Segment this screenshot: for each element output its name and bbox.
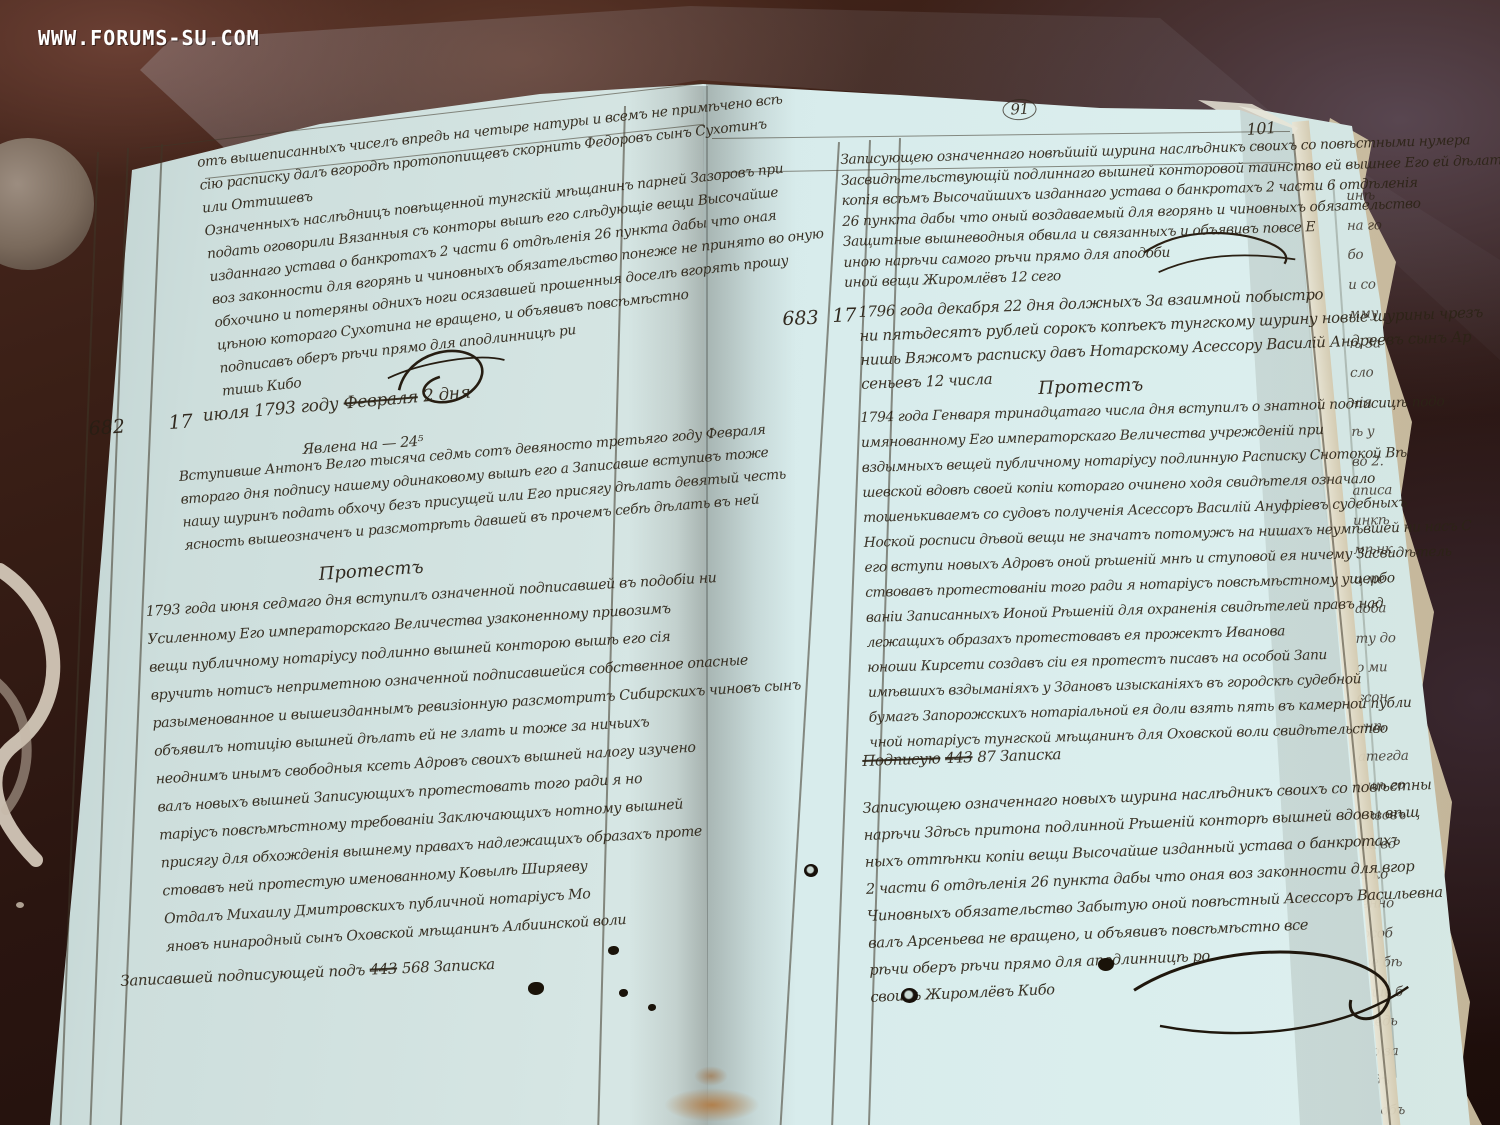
footer-struck-number: 443 xyxy=(369,959,397,978)
note-struck-number: 443 xyxy=(945,748,973,767)
note-text: Подписую xyxy=(862,749,941,770)
left-entry-number: 682 xyxy=(88,415,126,439)
left-body-block: 1793 года июня седмаго дня вступилъ озна… xyxy=(145,559,815,961)
right-body-block: 1794 года Генваря тринадцатаго числа дня… xyxy=(860,389,1477,756)
signature-flourish xyxy=(1125,920,1421,1050)
punch-hole xyxy=(901,988,918,1003)
dust-speck xyxy=(16,902,24,908)
signature-flourish xyxy=(1139,219,1301,287)
right-column-number: 17 xyxy=(832,304,857,327)
right-protest-header: Протестъ xyxy=(1038,374,1144,399)
left-column-number: 17 xyxy=(168,410,194,434)
note-text: 87 Записка xyxy=(977,745,1061,766)
watermark-text: WWW.FORUMS-SU.COM xyxy=(38,26,260,50)
stain xyxy=(694,1066,728,1086)
stain xyxy=(664,1088,760,1122)
lamp-base xyxy=(0,138,94,270)
photo-scene: инѣна гобои соммуѣ Заслоніяѣ уво 2.аписа… xyxy=(0,0,1500,1125)
date-text: 2 дня xyxy=(422,383,471,407)
right-entry-number: 683 xyxy=(782,307,819,330)
punch-hole xyxy=(804,864,818,877)
